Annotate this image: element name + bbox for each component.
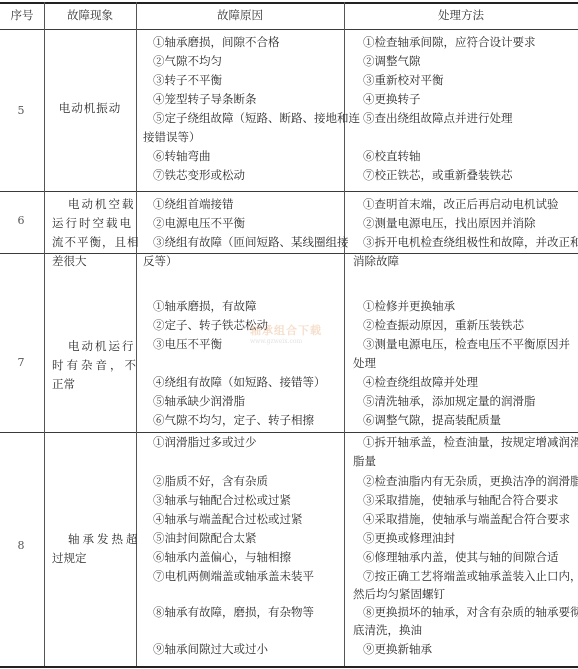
remedy-item: ⑦按正确工艺将端盖或轴承盖装入止口内，: [363, 567, 578, 585]
row-symptom-line: 时有杂音，不: [52, 356, 139, 374]
header-cause: 故障原因: [136, 7, 344, 23]
header-rule: [0, 29, 578, 30]
remedy-item-cont: 脂量: [353, 452, 376, 470]
row-number: 8: [0, 539, 42, 552]
fault-table: 序号 故障现象 故障原因 处理方法 5 电动机振动 ①轴承磨损，间隙不合格 ②气…: [0, 0, 578, 669]
remedy-item: ⑤查出绕组故障点并进行处理: [363, 109, 513, 127]
remedy-item: ①查明首末端，改正后再启动电机试验: [363, 195, 559, 213]
header-remedy: 处理方法: [344, 7, 578, 23]
col-divider: [44, 2, 45, 666]
remedy-item-cont: 底清洗，换油: [353, 621, 422, 639]
col-divider: [136, 2, 137, 666]
cause-item: ②气隙不均匀: [153, 52, 222, 70]
cause-item: ①轴承磨损，间隙不合格: [153, 33, 280, 51]
row-symptom-line: 电动机运行: [68, 337, 136, 355]
remedy-item: ⑥调整气隙，提高装配质量: [363, 411, 501, 429]
cause-item: ③转子不平衡: [153, 71, 222, 89]
cause-item: ⑨轴承间隙过大或过小: [153, 640, 268, 658]
remedy-item: ④采取措施，使轴承与端盖配合符合要求: [363, 510, 570, 528]
remedy-item: ③采取措施，使轴承与轴配合符合要求: [363, 491, 559, 509]
remedy-item-cont: 然后均匀紧固螺钉: [353, 585, 445, 603]
header-symptom: 故障现象: [44, 7, 136, 23]
header-no: 序号: [0, 7, 44, 23]
cause-item: ⑤轴承缺少润滑脂: [153, 392, 245, 410]
row-symptom-line: 流不平衡，且相: [52, 233, 140, 251]
remedy-item: ⑥校直转轴: [363, 147, 421, 165]
cause-item: ③轴承与轴配合过松或过紧: [153, 491, 291, 509]
row-number: 5: [0, 104, 42, 117]
remedy-item: ⑥修理轴承内盖，使其与轴的间隙合适: [363, 548, 559, 566]
cause-item: ⑥轴承内盖偏心，与轴相擦: [153, 548, 291, 566]
cause-item: ⑥转轴弯曲: [153, 147, 211, 165]
remedy-item: ①检查轴承间隙，应符合设计要求: [363, 33, 536, 51]
table-bottom-rule: [0, 666, 578, 668]
row-symptom: 电动机振动: [50, 97, 130, 120]
remedy-item: ④检查绕组故障并处理: [363, 373, 478, 391]
row-number: 6: [0, 214, 42, 227]
cause-item: ⑦铁芯变形或松动: [153, 166, 245, 184]
remedy-item: ②检查油脂内有无杂质，更换洁净的润滑脂: [363, 472, 578, 490]
remedy-item: ⑨更换新轴承: [363, 640, 432, 658]
cause-item: ⑧轴承有故障，磨损，有杂物等: [153, 603, 314, 621]
cause-item: ⑦电机两侧端盖或轴承盖未装平: [153, 567, 314, 585]
cause-item: ②定子、转子铁芯松动: [153, 316, 268, 334]
cause-item: ③绕组有故障（匝间短路、某线圈组接: [153, 233, 349, 251]
remedy-item: ⑤更换或修理油封: [363, 529, 455, 547]
remedy-item-cont: 处理: [353, 354, 376, 372]
cause-item: ②电源电压不平衡: [153, 214, 245, 232]
row-symptom-line: 轴承发热超: [68, 530, 141, 548]
remedy-item: ③测量电源电压，检查电压不平衡原因并: [363, 335, 570, 353]
cause-item: ⑤定子绕组故障（短路、断路、接地和连: [153, 109, 360, 127]
row-symptom-line: 过规定: [52, 549, 87, 567]
remedy-item: ②检查振动原因，重新压装铁芯: [363, 316, 524, 334]
row-symptom-line: 差很大: [52, 252, 87, 270]
cause-item: ①润滑脂过多或过少: [153, 433, 257, 451]
remedy-item: ⑤清洗轴承，添加规定量的润滑脂: [363, 392, 536, 410]
row-symptom-line: 电动机空载: [68, 195, 136, 213]
table-top-rule: [0, 2, 578, 4]
remedy-item: ③重新校对平衡: [363, 71, 444, 89]
remedy-item: ⑦校正铁芯，或重新叠装铁芯: [363, 166, 513, 184]
remedy-item: ⑧更换损坏的轴承，对含有杂质的轴承要彻: [363, 603, 578, 621]
remedy-item: ④更换转子: [363, 90, 421, 108]
cause-item: ④轴承与端盖配合过松或过紧: [153, 510, 303, 528]
cause-item: ④绕组有故障（如短路、接错等）: [153, 373, 326, 391]
remedy-item: ①拆开轴承盖，检查油量，按规定增减润滑: [363, 433, 578, 451]
cause-item: ⑤油封间隙配合太紧: [153, 529, 257, 547]
cause-item: ②脂质不好，含有杂质: [153, 472, 268, 490]
remedy-item: ②测量电源电压，找出原因并消除: [363, 214, 536, 232]
remedy-item-cont: 消除故障: [353, 252, 399, 270]
cause-item-cont: 反等）: [143, 252, 178, 270]
cause-item: ①绕组首端接错: [153, 195, 234, 213]
cause-item-cont: 接错误等）: [143, 128, 201, 146]
row-number: 7: [0, 356, 42, 369]
row-rule: [0, 191, 578, 192]
cause-item: ④笼型转子导条断条: [153, 90, 257, 108]
watermark-url: www.gzweix.com: [250, 338, 340, 345]
cause-item: ③电压不平衡: [153, 335, 222, 353]
row-symptom-line: 正常: [52, 375, 75, 393]
row-symptom-line: 运行时空载电: [52, 214, 133, 232]
cause-item: ⑥气隙不均匀，定子、转子相擦: [153, 411, 314, 429]
remedy-item: ③拆开电机检查绕组极性和故障，并改正和: [363, 233, 578, 251]
cause-item: ①轴承磨损，有故障: [153, 297, 257, 315]
remedy-item: ②调整气隙: [363, 52, 421, 70]
remedy-item: ①检修并更换轴承: [363, 297, 455, 315]
col-divider: [344, 2, 345, 666]
